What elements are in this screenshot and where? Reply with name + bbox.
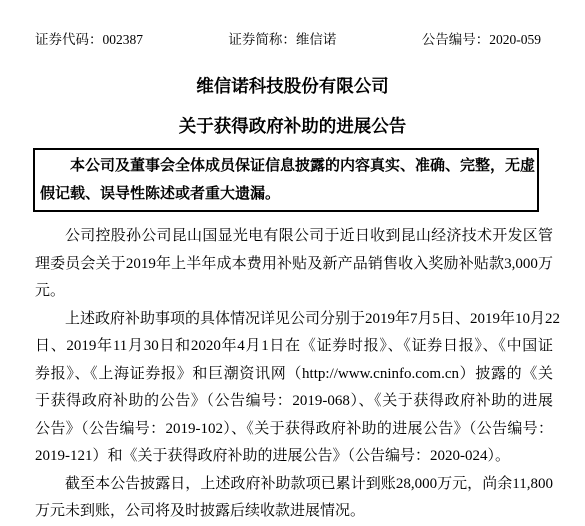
text-line: 万元未到账，公司将及时披露后续收款进展情况。: [35, 498, 553, 526]
text-line: 理委员会关于2019年上半年成本费用补贴及新产品销售收入奖励补贴款3,000万: [35, 251, 553, 279]
text-line: 元。: [35, 278, 553, 306]
paragraph: 截至本公告披露日，上述政府补助款项已累计到账28,000万元，尚余11,800万…: [35, 471, 553, 526]
text-line: 本公司及董事会全体成员保证信息披露的内容真实、准确、完整，无虚: [40, 152, 532, 180]
text-line: 日、2019年11月30日和2020年4月1日在《证券时报》、《证券日报》、《中…: [35, 333, 553, 361]
text-line: 假记载、误导性陈述或者重大遗漏。: [40, 180, 532, 208]
document-body: 公司控股孙公司昆山国显光电有限公司于近日收到昆山经济技术开发区管理委员会关于20…: [35, 223, 553, 526]
stock-code: 证券代码：002387: [35, 31, 143, 49]
text-line: 上述政府补助事项的具体情况详见公司分别于2019年7月5日、2019年10月22: [35, 306, 553, 334]
text-line: 于获得政府补助的公告》（公告编号：2019-068）、《关于获得政府补助的进展: [35, 388, 553, 416]
text-line: 公告》（公告编号：2019-102）、《关于获得政府补助的进展公告》（公告编号：: [35, 416, 553, 444]
announcement-page: 证券代码：002387 证券简称：维信诺 公告编号：2020-059 维信诺科技…: [0, 0, 585, 526]
text-line: 券报》、《上海证券报》和巨潮资讯网（http://www.cninfo.com.…: [35, 361, 553, 389]
text-line: 2019-121）和《关于获得政府补助的进展公告》（公告编号：2020-024）…: [35, 443, 553, 471]
stock-short-name: 证券简称：维信诺: [228, 31, 336, 49]
text-line: 截至本公告披露日，上述政府补助款项已累计到账28,000万元，尚余11,800: [35, 471, 553, 499]
document-header: 证券代码：002387 证券简称：维信诺 公告编号：2020-059: [0, 0, 585, 49]
company-name-title: 维信诺科技股份有限公司: [0, 74, 585, 98]
paragraph: 上述政府补助事项的具体情况详见公司分别于2019年7月5日、2019年10月22…: [35, 306, 553, 471]
text-line: 公司控股孙公司昆山国显光电有限公司于近日收到昆山经济技术开发区管: [35, 223, 553, 251]
announcement-title: 关于获得政府补助的进展公告: [0, 114, 585, 138]
paragraph: 公司控股孙公司昆山国显光电有限公司于近日收到昆山经济技术开发区管理委员会关于20…: [35, 223, 553, 306]
declaration-box: 本公司及董事会全体成员保证信息披露的内容真实、准确、完整，无虚假记载、误导性陈述…: [33, 148, 539, 212]
announcement-number: 公告编号：2020-059: [422, 31, 541, 49]
